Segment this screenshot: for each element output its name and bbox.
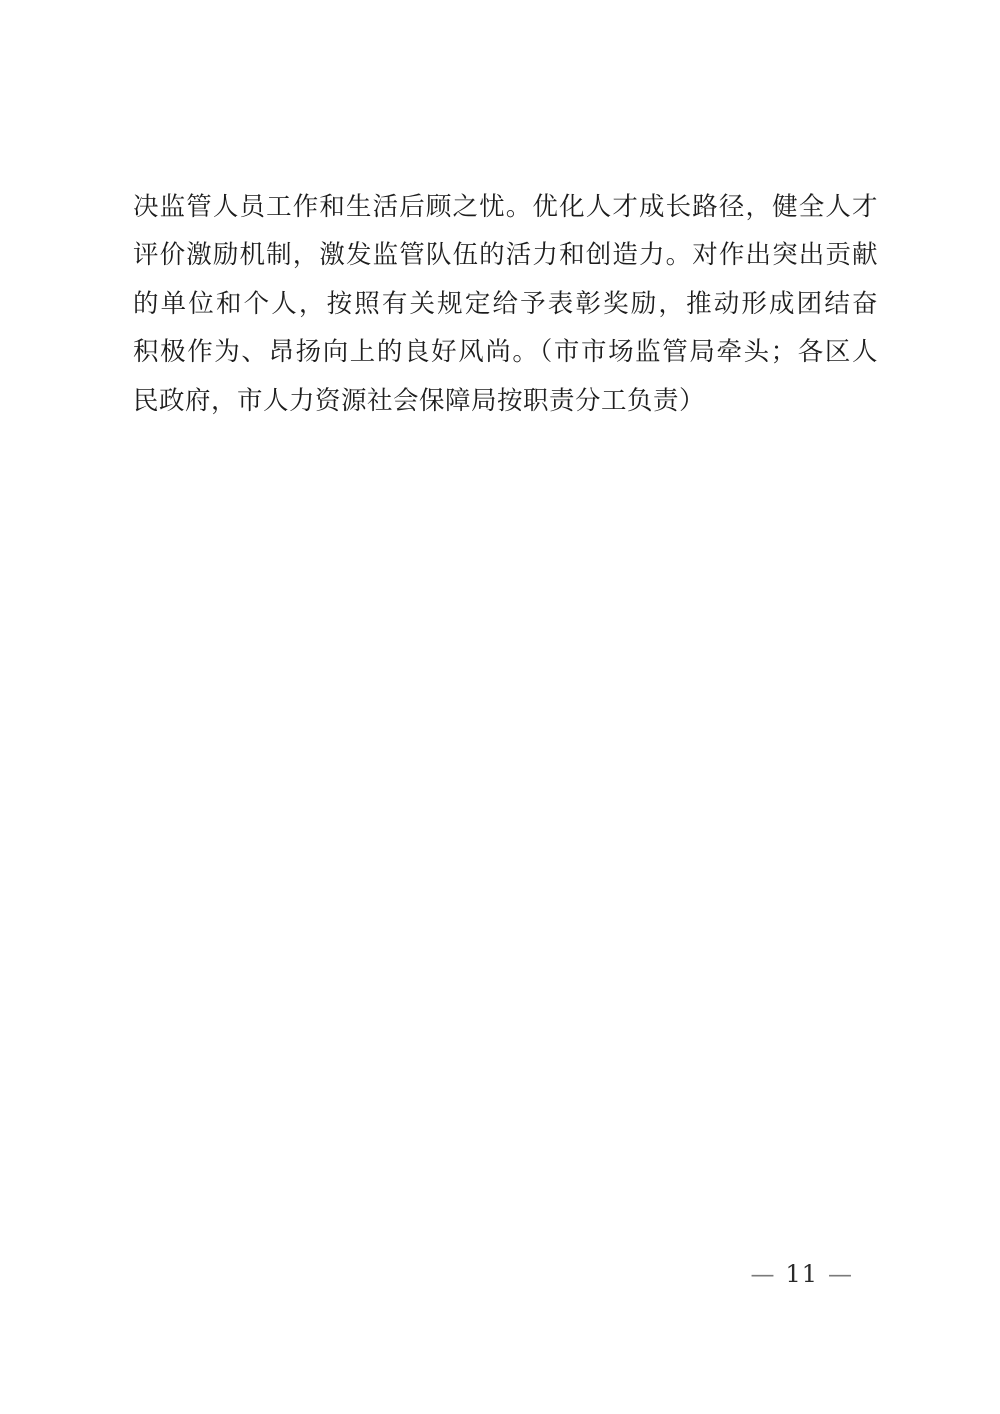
page-number: —11— [740,1260,863,1288]
document-page: 决监管人员工作和生活后顾之忧。优化人才成长路径，健全人才 评价激励机制，激发监管… [0,0,1000,1414]
paragraph-line: 评价激励机制，激发监管队伍的活力和创造力。对作出突出贡献 [133,231,878,279]
paragraph-line: 积极作为、昂扬向上的良好风尚。（市市场监管局牵头；各区人 [133,328,878,376]
paragraph-line: 决监管人员工作和生活后顾之忧。优化人才成长路径，健全人才 [133,183,878,231]
paragraph-line: 的单位和个人，按照有关规定给予表彰奖励，推动形成团结奋进、 [133,280,878,328]
paragraph-line: 民政府，市人力资源社会保障局按职责分工负责） [133,377,878,425]
footer-page-number: 11 [785,1260,818,1288]
footer-right-dash: — [818,1260,863,1288]
body-paragraph: 决监管人员工作和生活后顾之忧。优化人才成长路径，健全人才 评价激励机制，激发监管… [133,183,878,425]
footer-left-dash: — [740,1260,785,1288]
